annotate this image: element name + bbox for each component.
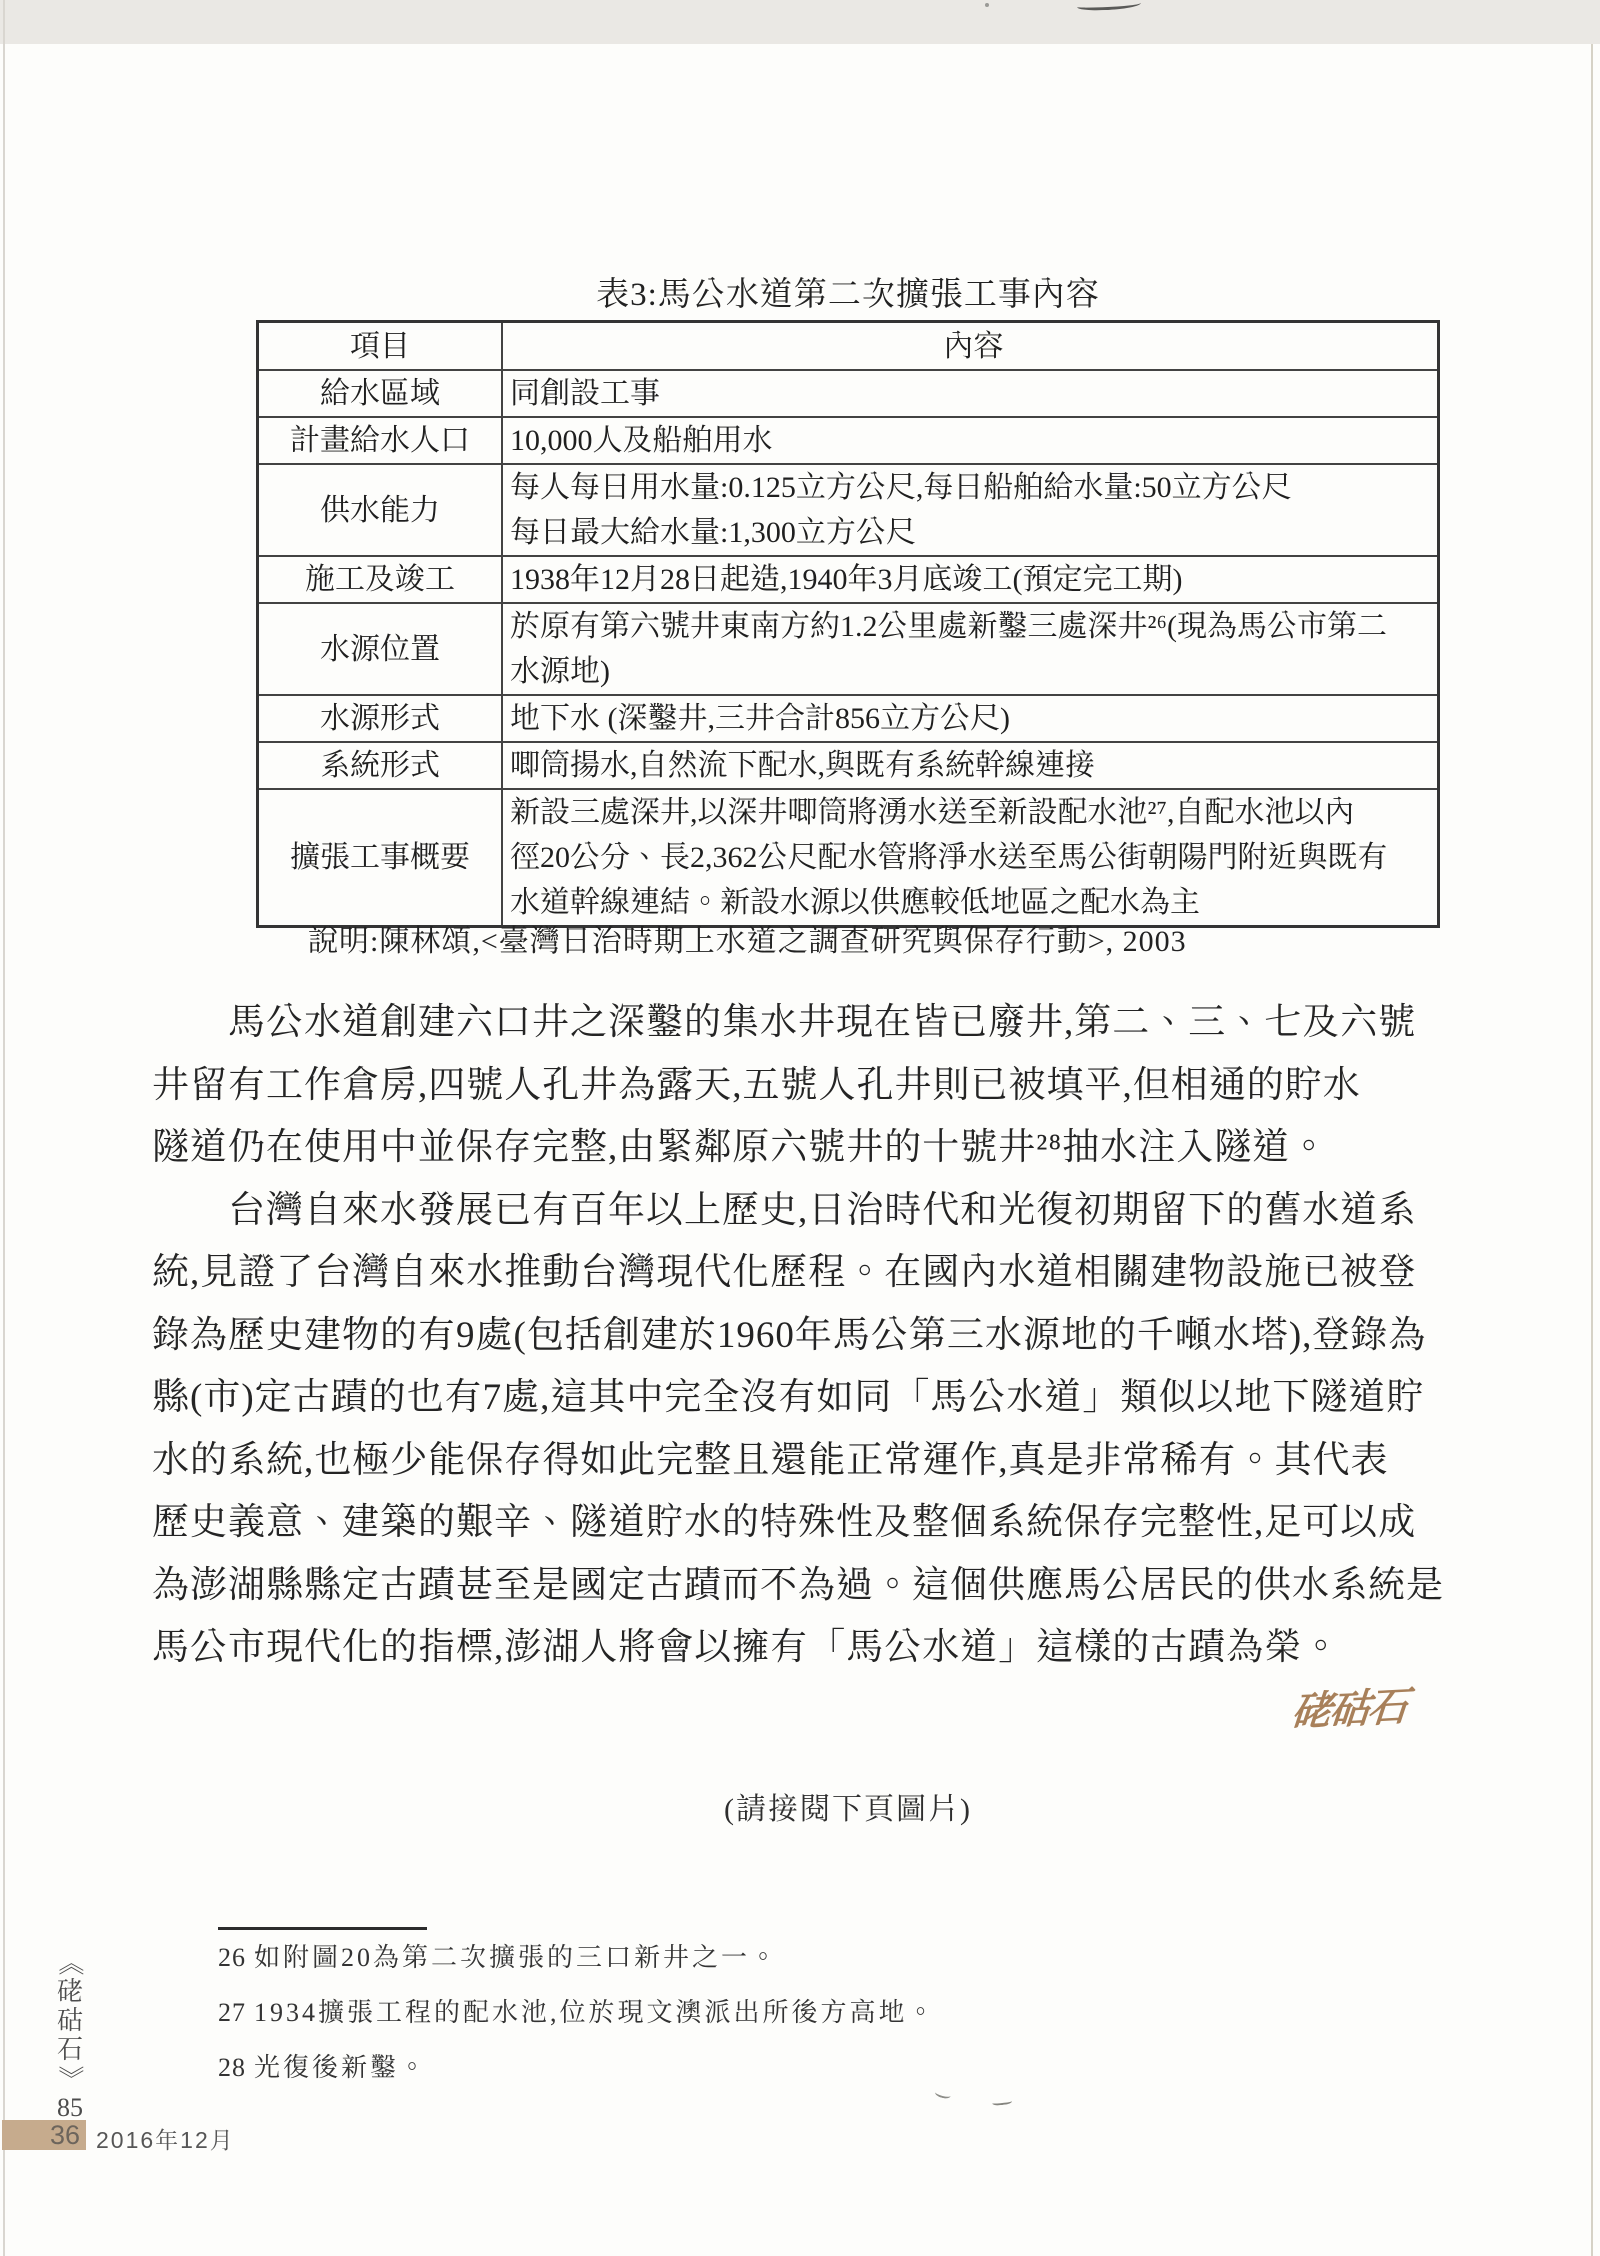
table-cell-content: 地下水 (深鑿井,三井合計856立方公尺) — [502, 695, 1439, 742]
scan-top-band — [0, 0, 1600, 44]
body-line: 隧道仍在使用中並保存完整,由緊鄰原六號井的十號井²⁸抽水注入隧道。 — [152, 1117, 1454, 1180]
table-cell-line: 唧筒揚水,自然流下配水,與既有系統幹線連接 — [510, 743, 1437, 788]
table-cell-content: 唧筒揚水,自然流下配水,與既有系統幹線連接 — [502, 742, 1439, 789]
footnote-text: 如附圖20為第二次擴張的三口新井之一。 — [254, 1943, 779, 1972]
table-cell-line: 每人每日用水量:0.125立方公尺,每日船舶給水量:50立方公尺 — [510, 465, 1437, 510]
table-cell-item: 系統形式 — [258, 742, 503, 789]
journal-title-char: 硓 — [57, 1977, 83, 2006]
scan-speck — [985, 3, 989, 7]
table-row: 供水能力每人每日用水量:0.125立方公尺,每日船舶給水量:50立方公尺每日最大… — [258, 464, 1439, 556]
table-cell-line: 地下水 (深鑿井,三井合計856立方公尺) — [510, 696, 1437, 741]
footnote-text: 光復後新鑿。 — [254, 2053, 428, 2082]
body-line: 馬公市現代化的指標,澎湖人將會以擁有「馬公水道」這樣的古蹟為榮。 — [152, 1617, 1454, 1680]
table-header-row: 項目 內容 — [258, 322, 1439, 371]
table-cell-line: 同創設工事 — [510, 371, 1437, 416]
table-row: 水源位置於原有第六號井東南方約1.2公里處新鑿三處深井²⁶(現為馬公市第二水源地… — [258, 603, 1439, 695]
footnote-number: 28 — [218, 2053, 254, 2082]
footnote: 26如附圖20為第二次擴張的三口新井之一。 — [218, 1938, 1318, 1993]
footnote-divider — [218, 1927, 427, 1930]
table-row: 施工及竣工1938年12月28日起造,1940年3月底竣工(預定完工期) — [258, 556, 1439, 603]
table-cell-content: 1938年12月28日起造,1940年3月底竣工(預定完工期) — [502, 556, 1439, 603]
table-cell-line: 每日最大給水量:1,300立方公尺 — [510, 510, 1437, 555]
scanned-magazine-page: { "page": { "title": "表3:馬公水道第二次擴張工事內容",… — [0, 0, 1600, 2256]
journal-title-char: 石 — [57, 2035, 83, 2064]
content-table-body: 項目 內容 給水區域同創設工事計畫給水人口10,000人及船舶用水供水能力每人每… — [258, 322, 1439, 927]
body-line: 水的系統,也極少能保存得如此完整且還能正常運作,真是非常稀有。其代表 — [152, 1430, 1454, 1493]
footnote-number: 27 — [218, 1998, 254, 2027]
body-line: 縣(市)定古蹟的也有7處,這其中完全沒有如同「馬公水道」類似以地下隧道貯 — [152, 1367, 1454, 1430]
table-header-item: 項目 — [258, 322, 503, 371]
body-line: 台灣自來水發展已有百年以上歷史,日治時代和光復初期留下的舊水道系 — [152, 1180, 1454, 1243]
table-cell-content: 新設三處深井,以深井唧筒將湧水送至新設配水池²⁷,自配水池以內徑20公分、長2,… — [502, 789, 1439, 927]
body-text: 馬公水道創建六口井之深鑿的集水井現在皆已廢井,第二、三、七及六號井留有工作倉房,… — [152, 992, 1454, 1680]
page-number-badge: 36 — [2, 2120, 86, 2150]
body-line: 為澎湖縣縣定古蹟甚至是國定古蹟而不為過。這個供應馬公居民的供水系統是 — [152, 1555, 1454, 1618]
scan-right-edge — [1591, 44, 1593, 2256]
journal-title-char: 85 — [57, 2093, 83, 2122]
body-line: 歷史義意、建築的艱辛、隧道貯水的特殊性及整個系統保存完整性,足可以成 — [152, 1492, 1454, 1555]
table-cell-item: 給水區域 — [258, 370, 503, 417]
table-row: 擴張工事概要新設三處深井,以深井唧筒將湧水送至新設配水池²⁷,自配水池以內徑20… — [258, 789, 1439, 927]
journal-title-char: 》 — [55, 2065, 84, 2091]
table-row: 水源形式地下水 (深鑿井,三井合計856立方公尺) — [258, 695, 1439, 742]
table-row: 系統形式唧筒揚水,自然流下配水,與既有系統幹線連接 — [258, 742, 1439, 789]
table-cell-item: 水源位置 — [258, 603, 503, 695]
next-page-note: (請接閱下頁圖片) — [256, 1784, 1440, 1828]
content-table: 項目 內容 給水區域同創設工事計畫給水人口10,000人及船舶用水供水能力每人每… — [256, 320, 1440, 928]
table-cell-item: 計畫給水人口 — [258, 417, 503, 464]
footnotes: 26如附圖20為第二次擴張的三口新井之一。271934擴張工程的配水池,位於現文… — [218, 1938, 1318, 2103]
table-cell-item: 供水能力 — [258, 464, 503, 556]
issue-date: 2016年12月 — [96, 2122, 235, 2155]
table-title: 表3:馬公水道第二次擴張工事內容 — [256, 268, 1440, 315]
table-cell-content: 於原有第六號井東南方約1.2公里處新鑿三處深井²⁶(現為馬公市第二水源地) — [502, 603, 1439, 695]
table-cell-line: 水源地) — [510, 649, 1437, 694]
table-cell-content: 同創設工事 — [502, 370, 1439, 417]
table-cell-item: 水源形式 — [258, 695, 503, 742]
table-cell-content: 每人每日用水量:0.125立方公尺,每日船舶給水量:50立方公尺每日最大給水量:… — [502, 464, 1439, 556]
table-cell-line: 10,000人及船舶用水 — [510, 418, 1437, 463]
body-line: 錄為歷史建物的有9處(包括創建於1960年馬公第三水源地的千噸水塔),登錄為 — [152, 1305, 1454, 1368]
journal-title-char: 𥑮 — [57, 2006, 83, 2035]
table-row: 給水區域同創設工事 — [258, 370, 1439, 417]
table-cell-line: 於原有第六號井東南方約1.2公里處新鑿三處深井²⁶(現為馬公市第二 — [510, 604, 1437, 649]
body-line: 馬公水道創建六口井之深鑿的集水井現在皆已廢井,第二、三、七及六號 — [152, 992, 1454, 1055]
journal-title-char: 《 — [55, 1949, 84, 1975]
table-cell-line: 新設三處深井,以深井唧筒將湧水送至新設配水池²⁷,自配水池以內 — [510, 790, 1437, 835]
table-cell-line: 徑20公分、長2,362公尺配水管將淨水送至馬公街朝陽門附近與既有 — [510, 835, 1437, 880]
table-cell-line: 1938年12月28日起造,1940年3月底竣工(預定完工期) — [510, 557, 1437, 602]
body-line: 統,見證了台灣自來水推動台灣現代化歷程。在國內水道相關建物設施已被登 — [152, 1242, 1454, 1305]
footnote-number: 26 — [218, 1943, 254, 1972]
body-line: 井留有工作倉房,四號人孔井為露天,五號人孔井則已被填平,但相通的貯水 — [152, 1055, 1454, 1118]
brush-signature: 硓𥑮石 — [1290, 1671, 1475, 1738]
footnote: 271934擴張工程的配水池,位於現文澳派出所後方高地。 — [218, 1993, 1318, 2048]
footnote-text: 1934擴張工程的配水池,位於現文澳派出所後方高地。 — [254, 1998, 937, 2027]
table-cell-item: 施工及竣工 — [258, 556, 503, 603]
table-cell-item: 擴張工事概要 — [258, 789, 503, 927]
footnote: 28光復後新鑿。 — [218, 2048, 1318, 2103]
page-number: 36 — [50, 2120, 80, 2151]
scan-left-edge — [3, 0, 5, 2256]
table-header-content: 內容 — [502, 322, 1439, 371]
table-cell-content: 10,000人及船舶用水 — [502, 417, 1439, 464]
table-source-caption: 說明:陳林頌,<臺灣日治時期上水道之調查研究與保存行動>, 2003 — [308, 916, 1448, 960]
table-row: 計畫給水人口10,000人及船舶用水 — [258, 417, 1439, 464]
